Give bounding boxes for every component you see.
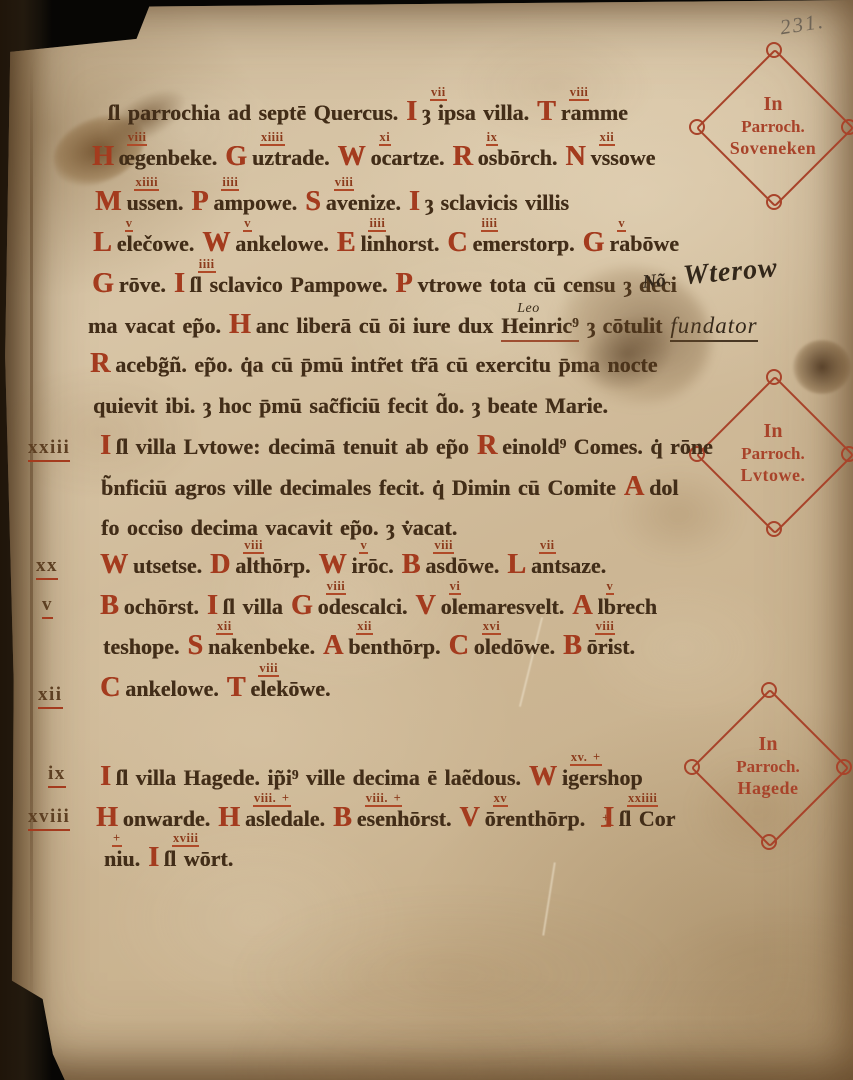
manuscript-text-line: ma vacat ep̃o.Hanc liberā cū ōi iure dux… [88, 313, 766, 342]
tithe-numeral: iiii [221, 176, 239, 191]
manuscript-word: ȝ cōtulit [587, 313, 663, 339]
parish-diamond-soveneken: In Parroch. Soveneken [695, 48, 851, 204]
manuscript-photo: 231. In Parroch. Soveneken In Parroch. L… [0, 0, 853, 1080]
tithe-numeral: xii [356, 620, 373, 635]
manuscript-word: igershopxv. + [562, 765, 643, 791]
rubric-initial: R [477, 435, 497, 457]
nota-mark: Nõ [642, 270, 667, 293]
tithe-numeral: xiiii [260, 131, 285, 146]
manuscript-text-line: teshope.Snakenbeke.xiiAbenthōrp.xiiColed… [103, 634, 643, 660]
manuscript-word: oledōwe.xvi [474, 634, 555, 660]
manuscript-text-line: Iſl villa Hagede. ip̃i⁹ ville decima ē l… [100, 765, 651, 791]
rubric-initial: S [305, 191, 321, 213]
tithe-numeral: xviii [172, 832, 199, 847]
margin-number-xii: xii [38, 684, 63, 709]
rubric-initial: I [406, 101, 417, 123]
manuscript-text-line: fo occiso decima vacavit ep̃o. ȝ v̇acat. [101, 515, 465, 541]
rubric-initial: E [337, 232, 356, 254]
rubric-initial: P [191, 191, 208, 213]
manuscript-word: onwarde. [123, 806, 210, 832]
rubric-initial: R [452, 146, 472, 168]
manuscript-text-line: Lelečowe.vWankelowe.vElinhorst.iiiiCemer… [93, 231, 687, 257]
parish-label: Parroch. [741, 117, 804, 137]
manuscript-word: dol [649, 475, 678, 501]
tithe-numeral: iiii [198, 258, 216, 273]
manuscript-word: elečowe.v [117, 231, 195, 257]
rubric-initial: H [218, 807, 240, 829]
rubric-initial: A [572, 595, 592, 617]
tithe-numeral: + [112, 832, 122, 847]
manuscript-word: ussen.xiiii [126, 190, 183, 216]
margin-number-ix: ix [48, 763, 66, 788]
manuscript-word: ochōrst. [124, 594, 199, 620]
manuscript-word: ſl villa [223, 594, 283, 620]
manuscript-word: ȝ ipsa villa.vii [422, 100, 529, 126]
rubric-initial: I [603, 807, 614, 829]
manuscript-word: anc liberā cū ōi iure dux [256, 313, 494, 339]
rubric-initial: W [529, 766, 557, 788]
tithe-numeral: viii [334, 176, 355, 191]
manuscript-word: ſl Corxxiiii [619, 806, 675, 832]
manuscript-word: irōc.v [351, 553, 393, 579]
manuscript-word: osbōrch.ix [478, 145, 558, 171]
spine-crease [30, 60, 33, 1020]
parish-name: Hagede [738, 778, 799, 799]
manuscript-word: elekōwe.viii [250, 676, 330, 702]
parish-name: Soveneken [730, 138, 817, 159]
manuscript-word: vtrowe tota cū censu ȝ deci [418, 272, 677, 298]
manuscript-word: ankelowe.v [235, 231, 329, 257]
rubric-initial: R [90, 353, 110, 375]
manuscript-word: ſl wōrt.xviii [164, 846, 233, 872]
manuscript-word: esenhōrst.viii. + [357, 806, 452, 832]
rubric-initial: C [448, 635, 468, 657]
parish-label: Parroch. [736, 757, 799, 777]
manuscript-word: emerstorp.iiii [473, 231, 575, 257]
manuscript-text-line: Cankelowe.Telekōwe.viii [100, 676, 338, 702]
manuscript-text-line: b̃nficiū agros ville decimales fecit. q̇… [101, 475, 686, 501]
rubric-initial: N [565, 146, 585, 168]
rubric-initial: T [227, 677, 246, 699]
rubric-initial: W [202, 232, 230, 254]
parish-diamond-hagede: In Parroch. Hagede [690, 688, 846, 844]
tithe-numeral: viii. + [365, 792, 403, 807]
tithe-numeral: v [125, 217, 134, 232]
manuscript-word: quievit ibi. ȝ hoc p̄mū sac̃ficiū fecit … [93, 393, 608, 419]
rubric-initial: W [338, 146, 366, 168]
rubric-initial: G [92, 273, 114, 295]
rubric-initial: V [459, 807, 479, 829]
tithe-numeral: v [243, 217, 252, 232]
rubric-initial: L [93, 232, 112, 254]
manuscript-word: niu.+ [104, 846, 140, 872]
manuscript-word: teshope. [103, 634, 179, 660]
tithe-numeral: v [359, 539, 368, 554]
manuscript-word: rabōwev [609, 231, 679, 257]
margin-number-v: v [42, 594, 53, 619]
manuscript-word: utsetse. [133, 553, 202, 579]
rubric-initial: B [100, 595, 119, 617]
rubric-initial: C [100, 677, 120, 699]
rubric-initial: S [187, 635, 203, 657]
rubric-initial: D [210, 554, 230, 576]
tithe-numeral: xii [599, 131, 616, 146]
manuscript-word: rōve. [119, 272, 166, 298]
rubric-initial: I [409, 191, 420, 213]
manuscript-text-line: Hœgenbeke.viiiGuztrade.xiiiiWocartze.xiR… [92, 145, 663, 171]
manuscript-text-line: Racebg̃ñ. ep̃o. q̇a cū p̄mū intr̃et tr̃ā… [90, 352, 665, 378]
tithe-numeral: xi [379, 131, 392, 146]
interlinear-note: Leo [517, 296, 540, 322]
rubric-initial: V [415, 595, 435, 617]
tithe-numeral: v [617, 217, 626, 232]
tithe-numeral: vi [449, 580, 462, 595]
tithe-numeral: vii [539, 539, 556, 554]
manuscript-word: vssowexii [591, 145, 656, 171]
tithe-numeral: xiiii [134, 176, 159, 191]
rubric-initial: M [95, 191, 121, 213]
manuscript-text-line: niu.+Iſl wōrt.xviii [104, 846, 241, 872]
manuscript-word: lbrechv [598, 594, 657, 620]
tithe-numeral: iiii [368, 217, 386, 232]
manuscript-word: uztrade.xiiii [252, 145, 330, 171]
rubric-initial: G [291, 595, 313, 617]
rubric-initial: I [207, 595, 218, 617]
manuscript-word: ōrenthōrp.xv [485, 806, 585, 832]
rubric-initial: G [225, 146, 247, 168]
parish-label: In [764, 420, 783, 443]
tithe-numeral: xv [493, 792, 509, 807]
rubric-initial: I [174, 273, 185, 295]
manuscript-word: Heinric⁹Leo [501, 313, 578, 342]
tithe-numeral: viii [243, 539, 264, 554]
margin-number-xviii: xviii [28, 806, 70, 831]
tithe-numeral: xxiiii [627, 792, 658, 807]
parish-label: In [764, 93, 783, 116]
manuscript-word: avenize.viii [326, 190, 401, 216]
rubric-initial: I [100, 435, 111, 457]
manuscript-text-line: ſl parrochia ad septē Quercus.Iȝ ipsa vi… [108, 100, 636, 126]
parish-label: In [759, 733, 778, 756]
tithe-numeral: ix [486, 131, 499, 146]
manuscript-word: odescalci.viii [318, 594, 408, 620]
tithe-numeral: vii [430, 86, 447, 101]
tithe-numeral: viii [595, 620, 616, 635]
manuscript-word: ſl parrochia ad septē Quercus. [108, 100, 398, 126]
manuscript-word: ocartze.xi [371, 145, 445, 171]
rubric-initial: L [507, 554, 526, 576]
manuscript-word: ampowe.iiii [213, 190, 297, 216]
tithe-numeral: viii [569, 86, 590, 101]
rubric-initial: I [148, 847, 159, 869]
manuscript-word: linhorst.iiii [360, 231, 439, 257]
rubric-initial: W [318, 554, 346, 576]
manuscript-word: benthōrp.xii [348, 634, 440, 660]
manuscript-text-line: Mussen.xiiiiPampowe.iiiiSavenize.viiiIȝ … [95, 190, 577, 216]
manuscript-word: b̃nficiū agros ville decimales fecit. q̇… [101, 475, 616, 501]
rubric-initial: W [100, 554, 128, 576]
tithe-numeral: viii [433, 539, 454, 554]
tithe-numeral: xv. + [570, 751, 602, 766]
manuscript-text-line: Bochōrst.Iſl villaGodescalci.viiiVolemar… [100, 594, 665, 620]
manuscript-word: asledale.viii. + [245, 806, 325, 832]
manuscript-word: ſl sclavico Pampowe.iiii [190, 272, 388, 298]
rubric-initial: C [447, 232, 467, 254]
manuscript-word: einold⁹ Comes. q̇ rōne [502, 434, 713, 460]
manuscript-word: nakenbeke.xii [208, 634, 315, 660]
margin-number-xxiii: xxiii [28, 437, 70, 462]
rubric-initial: P [395, 273, 412, 295]
manuscript-word: ſl villa Hagede. ip̃i⁹ ville decima ē la… [116, 765, 521, 791]
manuscript-word: acebg̃ñ. ep̃o. q̇a cū p̄mū intr̃et tr̃ā … [115, 352, 657, 378]
manuscript-text-line: Honwarde.Hasledale.viii. +Besenhōrst.vii… [96, 806, 683, 832]
rubric-initial: T [537, 101, 556, 123]
manuscript-word: asdōwe.viii [425, 553, 499, 579]
rubric-initial: H [96, 807, 118, 829]
manuscript-text-line: quievit ibi. ȝ hoc p̄mū sac̃ficiū fecit … [93, 393, 616, 419]
rubric-initial: G [583, 232, 605, 254]
tithe-numeral: viii [258, 662, 279, 677]
rubric-initial: H [92, 146, 114, 168]
manuscript-word: olemaresvelt.vi [441, 594, 565, 620]
tithe-numeral: viii [127, 131, 148, 146]
rubric-initial: A [624, 476, 644, 498]
rubric-initial: I [100, 766, 111, 788]
manuscript-word: ſl villa Lvtowe: decimā tenuit ab ep̃o [116, 434, 469, 460]
parish-name: Lvtowe. [741, 465, 806, 486]
tithe-numeral: viii. + [253, 792, 291, 807]
rubric-initial: A [323, 635, 343, 657]
tithe-numeral: xvi [482, 620, 501, 635]
manuscript-word: ȝ sclavicis villis [425, 190, 569, 216]
book-spine-edge [0, 0, 52, 1080]
manuscript-word: althōrp.viii [235, 553, 310, 579]
tithe-numeral: iiii [481, 217, 499, 232]
tithe-numeral: viii [326, 580, 347, 595]
later-hand-word: fundator [670, 313, 757, 342]
parish-label: Parroch. [741, 444, 804, 464]
margin-number-xx: xx [36, 555, 58, 580]
rubric-initial: B [563, 635, 582, 657]
manuscript-text-line: Iſl villa Lvtowe: decimā tenuit ab ep̃oR… [100, 434, 721, 460]
rubric-initial: B [333, 807, 352, 829]
manuscript-word: fo occiso decima vacavit ep̃o. ȝ v̇acat. [101, 515, 457, 541]
manuscript-word: ankelowe. [125, 676, 219, 702]
rubric-initial: B [402, 554, 421, 576]
tithe-numeral: v [606, 580, 615, 595]
manuscript-word: rammeviii [561, 100, 628, 126]
manuscript-text-line: Wutsetse.Dalthōrp.viiiWirōc.vBasdōwe.vii… [100, 553, 614, 579]
manuscript-text-line: Grōve.Iſl sclavico Pampowe.iiiiPvtrowe t… [92, 272, 685, 298]
tithe-numeral: xii [216, 620, 233, 635]
manuscript-word: antsaze.vii [531, 553, 606, 579]
manuscript-word: ma vacat ep̃o. [88, 313, 221, 339]
rubric-initial: H [229, 314, 251, 336]
manuscript-word: ōrist.viii [587, 634, 635, 660]
manuscript-word: œgenbeke.viii [119, 145, 217, 171]
